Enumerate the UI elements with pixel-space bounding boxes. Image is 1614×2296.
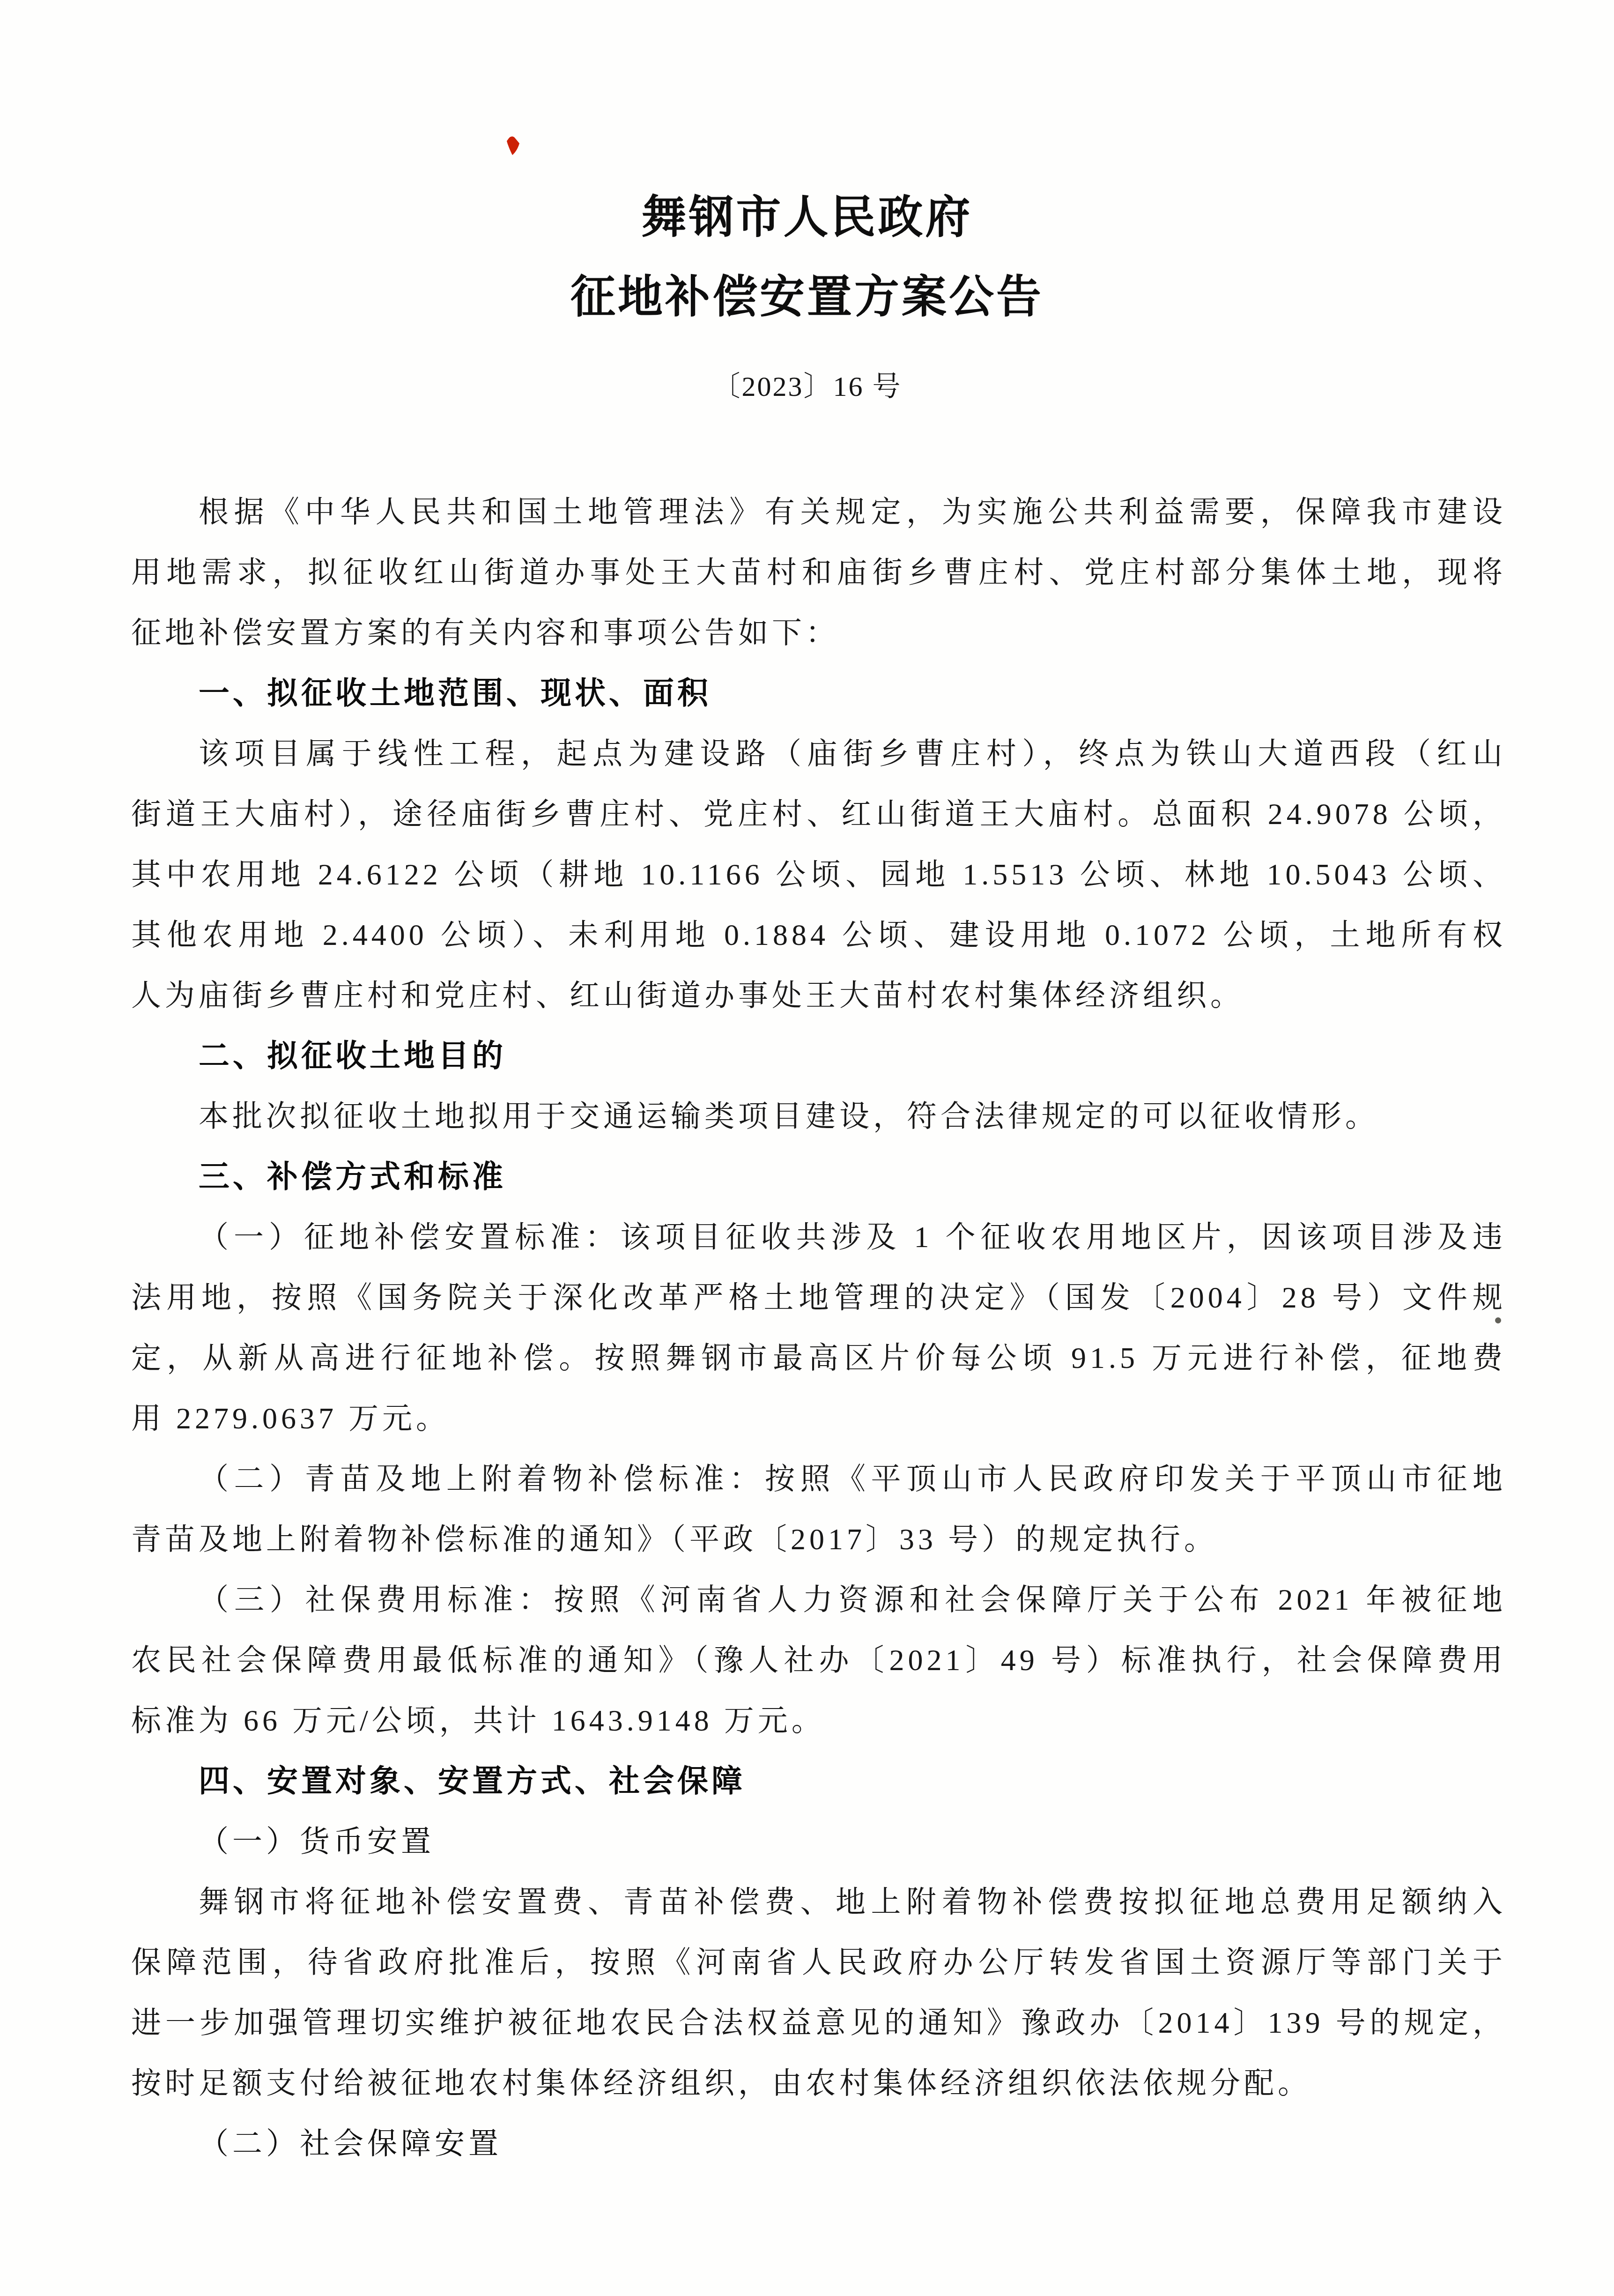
red-ink-mark <box>506 136 521 156</box>
ink-spot-artifact <box>1495 1317 1501 1323</box>
text-line: 二、拟征收土地目的 <box>131 1025 1506 1086</box>
text-line: 其他农用地 2.4400 公顷）、未利用地 0.1884 公顷、建设用地 0.1… <box>131 905 1506 965</box>
text-line: （一）货币安置 <box>131 1811 1506 1872</box>
document-number: 〔2023〕16 号 <box>0 372 1614 401</box>
scanned-document-page: 舞钢市人民政府 征地补偿安置方案公告 〔2023〕16 号 根据《中华人民共和国… <box>0 0 1614 2296</box>
text-line: 三、补偿方式和标准 <box>131 1146 1506 1207</box>
text-line: 进一步加强管理切实维护被征地农民合法权益意见的通知》豫政办〔2014〕139 号… <box>131 1992 1506 2053</box>
text-line: 本批次拟征收土地拟用于交通运输类项目建设，符合法律规定的可以征收情形。 <box>131 1086 1506 1146</box>
text-line: 一、拟征收土地范围、现状、面积 <box>131 663 1506 723</box>
text-line: 保障范围，待省政府批准后，按照《河南省人民政府办公厅转发省国土资源厅等部门关于 <box>131 1932 1506 1992</box>
text-line: 四、安置对象、安置方式、社会保障 <box>131 1751 1506 1811</box>
text-line: 按时足额支付给被征地农村集体经济组织，由农村集体经济组织依法依规分配。 <box>131 2053 1506 2113</box>
text-line: 用 2279.0637 万元。 <box>131 1388 1506 1449</box>
text-line: 定，从新从高进行征地补偿。按照舞钢市最高区片价每公顷 91.5 万元进行补偿，征… <box>131 1328 1506 1388</box>
text-line: （三）社保费用标准：按照《河南省人力资源和社会保障厅关于公布 2021 年被征地 <box>131 1569 1506 1630</box>
text-line: 征地补偿安置方案的有关内容和事项公告如下： <box>131 602 1506 663</box>
text-line: 用地需求，拟征收红山街道办事处王大苗村和庙街乡曹庄村、党庄村部分集体土地，现将 <box>131 542 1506 602</box>
document-title-line1: 舞钢市人民政府 <box>0 195 1614 240</box>
text-line: 农民社会保障费用最低标准的通知》（豫人社办〔2021〕49 号）标准执行，社会保… <box>131 1630 1506 1690</box>
text-line: 根据《中华人民共和国土地管理法》有关规定，为实施公共利益需要，保障我市建设 <box>131 482 1506 542</box>
red-ink-mark-shape <box>507 136 519 155</box>
text-line: 青苗及地上附着物补偿标准的通知》（平政〔2017〕33 号）的规定执行。 <box>131 1509 1506 1569</box>
text-line: 其中农用地 24.6122 公顷（耕地 10.1166 公顷、园地 1.5513… <box>131 844 1506 905</box>
text-line: 人为庙街乡曹庄村和党庄村、红山街道办事处王大苗村农村集体经济组织。 <box>131 965 1506 1025</box>
text-line: （一）征地补偿安置标准：该项目征收共涉及 1 个征收农用地区片，因该项目涉及违 <box>131 1207 1506 1267</box>
text-line: 标准为 66 万元/公顷，共计 1643.9148 万元。 <box>131 1690 1506 1751</box>
text-line: 舞钢市将征地补偿安置费、青苗补偿费、地上附着物补偿费按拟征地总费用足额纳入 <box>131 1872 1506 1932</box>
text-line: （二）社会保障安置 <box>131 2113 1506 2174</box>
text-line: 法用地，按照《国务院关于深化改革严格土地管理的决定》（国发〔2004〕28 号）… <box>131 1267 1506 1328</box>
document-title-line2: 征地补偿安置方案公告 <box>0 275 1614 320</box>
text-line: 街道王大庙村），途径庙街乡曹庄村、党庄村、红山街道王大庙村。总面积 24.907… <box>131 784 1506 844</box>
text-line: 该项目属于线性工程，起点为建设路（庙街乡曹庄村），终点为铁山大道西段（红山 <box>131 723 1506 784</box>
text-line: （二）青苗及地上附着物补偿标准：按照《平顶山市人民政府印发关于平顶山市征地 <box>131 1449 1506 1509</box>
document-body: 根据《中华人民共和国土地管理法》有关规定，为实施公共利益需要，保障我市建设用地需… <box>131 482 1506 2174</box>
